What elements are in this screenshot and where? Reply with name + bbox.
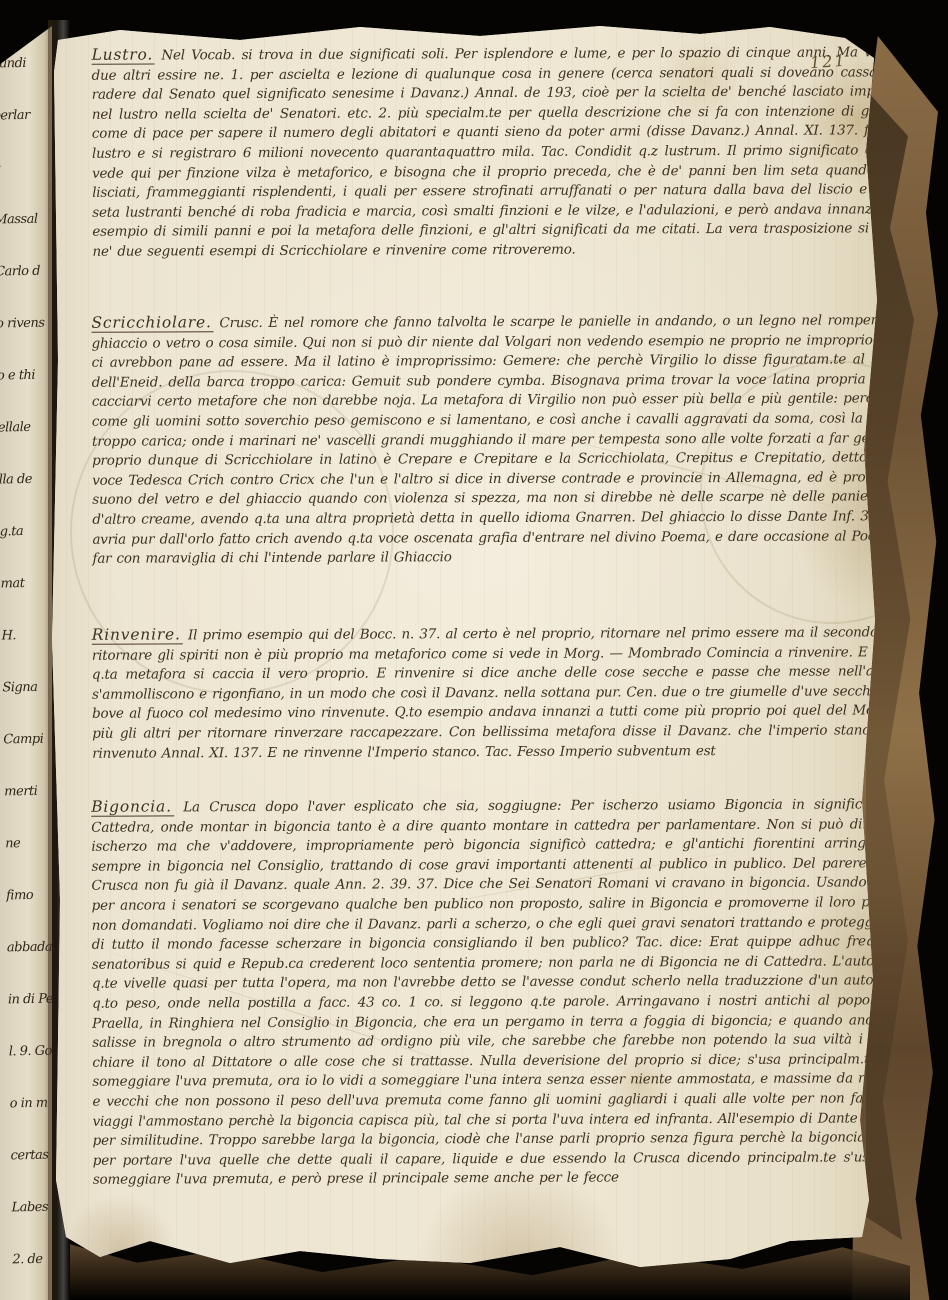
entry-rinvenire-headword: Rinvenire. — [92, 625, 183, 644]
entry-lustro-headword: Lustro. — [92, 45, 156, 64]
entry-scricchiolare-body: Crusc. È nel romore che fanno talvolta l… — [92, 312, 907, 567]
previous-page-edge: nandi perlar e Massal Carlo d o rivens o… — [0, 26, 52, 1300]
manuscript-paper: 121 Lustro. Nel Vocab. si trova in due s… — [0, 0, 948, 1300]
entry-lustro: Lustro. Nel Vocab. si trova in due signi… — [92, 42, 907, 262]
entry-rinvenire: Rinvenire. Il primo esempio qui del Bocc… — [92, 622, 907, 764]
entry-bigoncia: Bigoncia. La Crusca dopo l'aver esplicat… — [91, 794, 907, 1190]
manuscript-scan: nandi perlar e Massal Carlo d o rivens o… — [0, 0, 948, 1300]
entry-scricchiolare-headword: Scricchiolare. — [91, 313, 213, 333]
entry-lustro-body: Nel Vocab. si trova in due significati s… — [92, 44, 907, 259]
entry-bigoncia-body: La Crusca dopo l'aver esplicato che sia,… — [91, 796, 907, 1188]
entry-scricchiolare: Scricchiolare. Crusc. È nel romore che f… — [91, 310, 906, 569]
entry-rinvenire-body: Il primo esempio qui del Bocc. n. 37. al… — [92, 624, 906, 761]
entry-bigoncia-headword: Bigoncia. — [91, 797, 174, 816]
